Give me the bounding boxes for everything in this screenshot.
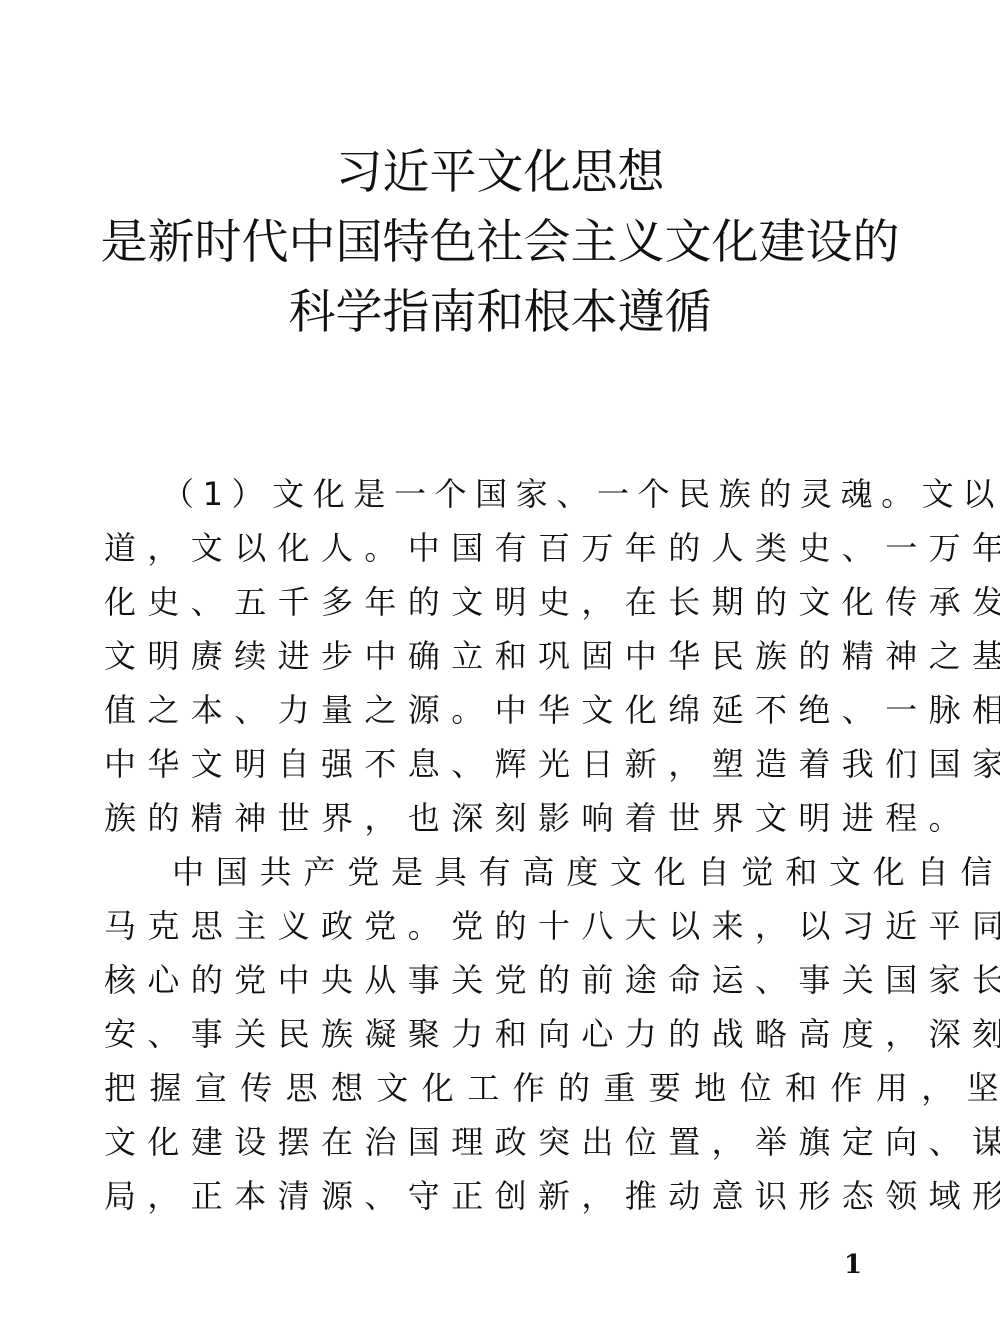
document-body: （1）文化是一个国家、一个民族的灵魂。文以载 道，文以化人。中国有百万年的人类史… [104,467,904,1223]
paragraph-line: 核心的党中央从事关党的前途命运、事关国家长治久 [104,953,904,1007]
title-line-3: 科学指南和根本遵循 [0,278,1000,348]
paragraph-line: 局，正本清源、守正创新，推动意识形态领域形势发 [104,1169,904,1223]
paragraph-line: 族的精神世界，也深刻影响着世界文明进程。 [104,791,904,845]
paragraph-1: （1）文化是一个国家、一个民族的灵魂。文以载 道，文以化人。中国有百万年的人类史… [104,467,904,845]
page-number: 1 [844,1250,862,1280]
paragraph-line: 化史、五千多年的文明史，在长期的文化传承发展、 [104,575,904,629]
paragraph-line: 值之本、力量之源。中华文化绵延不绝、一脉相承， [104,683,904,737]
paragraph-line: 文明赓续进步中确立和巩固中华民族的精神之基、价 [104,629,904,683]
paragraph-line: 安、事关民族凝聚力和向心力的战略高度，深刻认识 [104,1007,904,1061]
paragraph-line: 道，文以化人。中国有百万年的人类史、一万年的文 [104,521,904,575]
paragraph-line: （1）文化是一个国家、一个民族的灵魂。文以载 [104,467,904,521]
paragraph-line: 文化建设摆在治国理政突出位置，举旗定向、谋篇布 [104,1115,904,1169]
paragraph-2: 中国共产党是具有高度文化自觉和文化自信的 马克思主义政党。党的十八大以来，以习近… [104,845,904,1223]
paragraph-line: 把握宣传思想文化工作的重要地位和作用，坚持把 [104,1061,904,1115]
document-title: 习近平文化思想 是新时代中国特色社会主义文化建设的 科学指南和根本遵循 [0,138,1000,348]
paragraph-line: 中华文明自强不息、辉光日新，塑造着我们国家和民 [104,737,904,791]
paragraph-line: 马克思主义政党。党的十八大以来，以习近平同志为 [104,899,904,953]
paragraph-line: 中国共产党是具有高度文化自觉和文化自信的 [104,845,904,899]
title-line-1: 习近平文化思想 [0,138,1000,208]
title-line-2: 是新时代中国特色社会主义文化建设的 [0,208,1000,278]
